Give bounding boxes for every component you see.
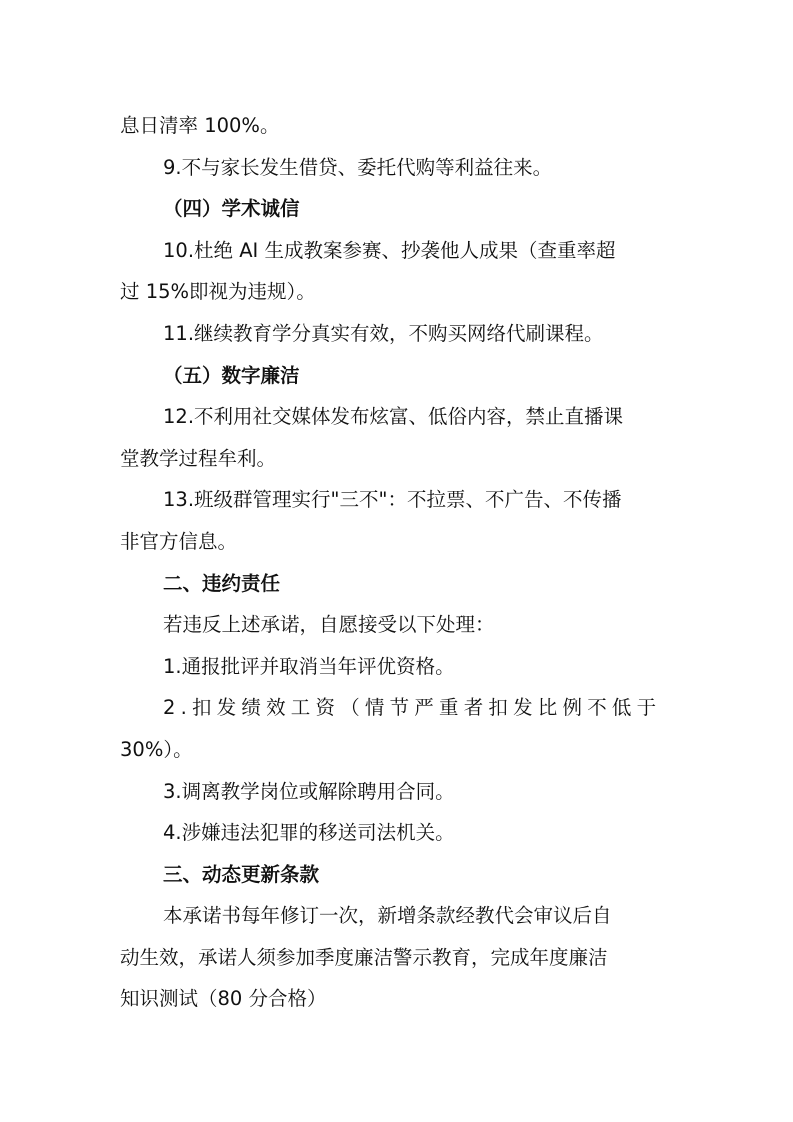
commitment-item-10-cont: 过 15%即视为违规）。 [120, 271, 674, 313]
section-heading-dynamic-update: 三、动态更新条款 [120, 854, 674, 896]
update-clause-line-2: 动生效，承诺人须参加季度廉洁警示教育，完成年度廉洁 [120, 937, 674, 979]
liability-intro: 若违反上述承诺，自愿接受以下处理： [120, 604, 674, 646]
subsection-heading-digital-integrity: （五）数字廉洁 [120, 355, 674, 397]
commitment-item-13: 13.班级群管理实行"三不"：不拉票、不广告、不传播 [120, 479, 674, 521]
penalty-item-2: 2.扣发绩效工资（情节严重者扣发比例不低于 [120, 687, 674, 729]
penalty-item-4: 4.涉嫌违法犯罪的移送司法机关。 [120, 812, 674, 854]
update-clause-line-3: 知识测试（80 分合格） [120, 978, 674, 1020]
document-page: 息日清率 100%。 9.不与家长发生借贷、委托代购等利益往来。 （四）学术诚信… [120, 105, 674, 1020]
commitment-item-13-cont: 非官方信息。 [120, 521, 674, 563]
paragraph-line: 息日清率 100%。 [120, 105, 674, 147]
penalty-item-1: 1.通报批评并取消当年评优资格。 [120, 646, 674, 688]
commitment-item-12: 12.不利用社交媒体发布炫富、低俗内容，禁止直播课 [120, 396, 674, 438]
penalty-item-2-cont: 30%）。 [120, 729, 674, 771]
update-clause-line-1: 本承诺书每年修订一次，新增条款经教代会审议后自 [120, 895, 674, 937]
section-heading-liability: 二、违约责任 [120, 563, 674, 605]
commitment-item-11: 11.继续教育学分真实有效，不购买网络代刷课程。 [120, 313, 674, 355]
penalty-item-3: 3.调离教学岗位或解除聘用合同。 [120, 771, 674, 813]
commitment-item-12-cont: 堂教学过程牟利。 [120, 438, 674, 480]
commitment-item-9: 9.不与家长发生借贷、委托代购等利益往来。 [120, 147, 674, 189]
commitment-item-10: 10.杜绝 AI 生成教案参赛、抄袭他人成果（查重率超 [120, 230, 674, 272]
subsection-heading-academic-integrity: （四）学术诚信 [120, 188, 674, 230]
